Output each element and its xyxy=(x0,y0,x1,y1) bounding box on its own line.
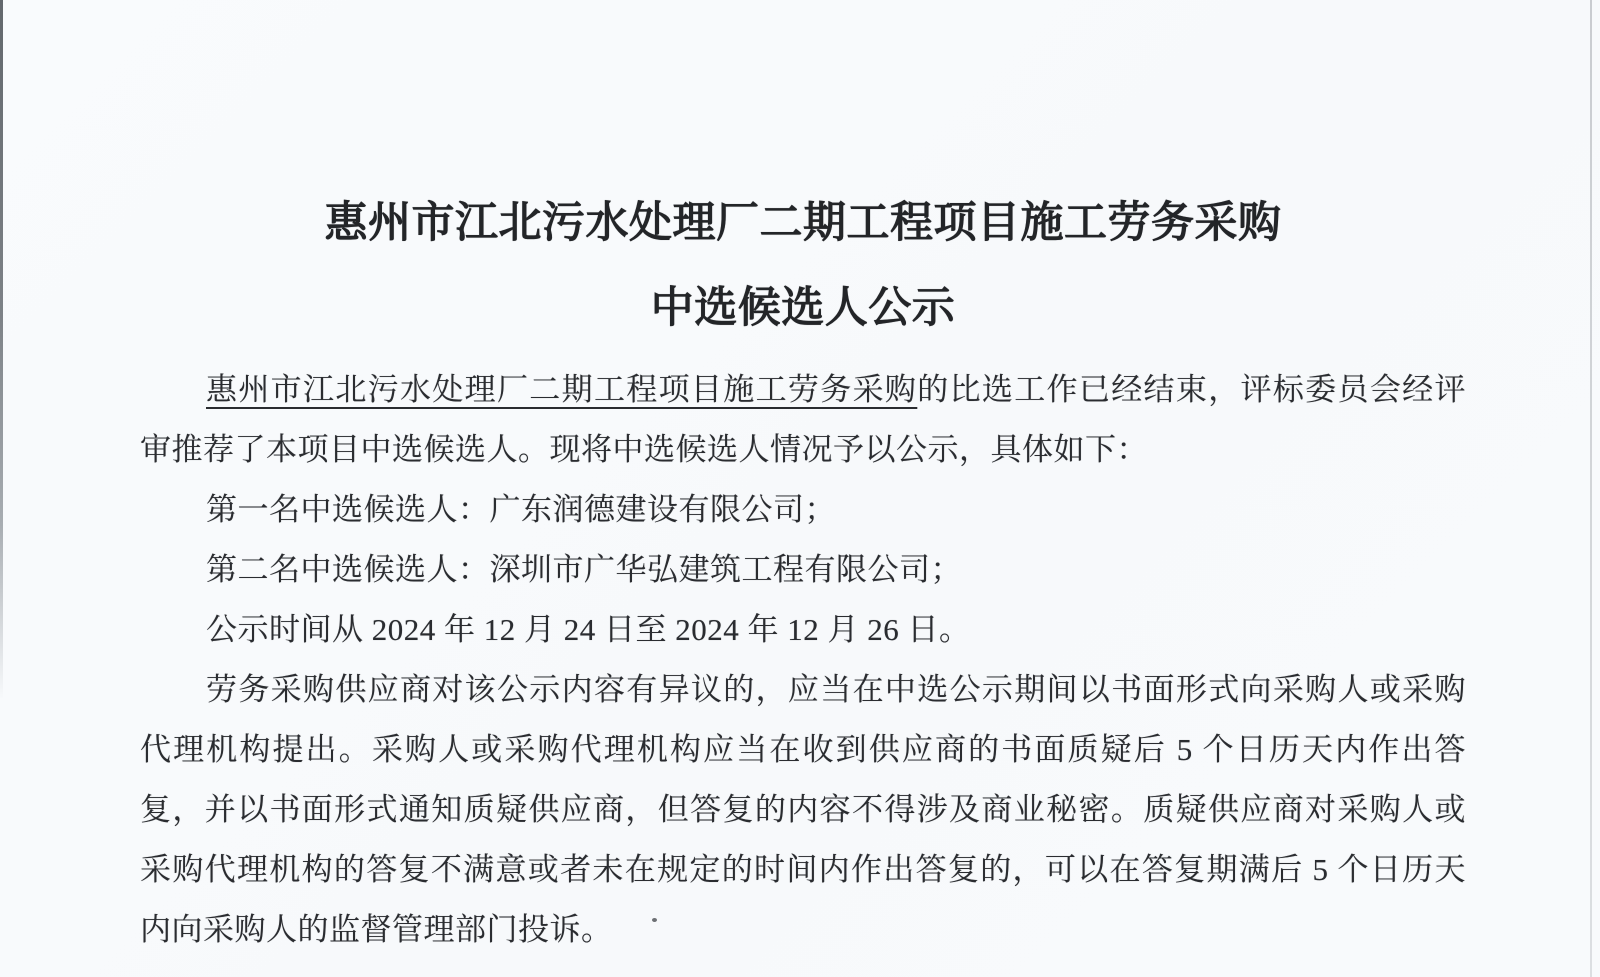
intro-line-1-rest: 的比选工作已经结束，评标委员会经评 xyxy=(917,372,1466,407)
candidate-1-label: 第一名中选候选人： xyxy=(206,492,490,527)
candidate-1-line: 第一名中选候选人：广东润德建设有限公司； xyxy=(140,488,1466,532)
scan-edge-right xyxy=(1590,0,1592,977)
objection-line-5: 内向采购人的监督管理部门投诉。 xyxy=(140,908,1466,952)
document-page: 惠州市江北污水处理厂二期工程项目施工劳务采购 中选候选人公示 惠州市江北污水处理… xyxy=(0,0,1600,977)
candidate-2-line: 第二名中选候选人：深圳市广华弘建筑工程有限公司； xyxy=(140,548,1466,592)
objection-line-4: 采购代理机构的答复不满意或者未在规定的时间内作出答复的，可以在答复期满后 5 个… xyxy=(140,848,1466,892)
document-title-line-1: 惠州市江北污水处理厂二期工程项目施工劳务采购 xyxy=(140,196,1466,252)
project-name-underlined: 惠州市江北污水处理厂二期工程项目施工劳务采购 xyxy=(206,372,917,407)
objection-line-1: 劳务采购供应商对该公示内容有异议的，应当在中选公示期间以书面形式向采购人或采购 xyxy=(140,668,1466,712)
intro-line-2: 审推荐了本项目中选候选人。现将中选候选人情况予以公示，具体如下： xyxy=(140,428,1466,472)
intro-line-1: 惠州市江北污水处理厂二期工程项目施工劳务采购的比选工作已经结束，评标委员会经评 xyxy=(140,368,1466,412)
scan-edge-left xyxy=(0,0,3,700)
candidate-2-label: 第二名中选候选人： xyxy=(206,552,490,587)
ink-speck xyxy=(652,918,657,922)
objection-line-2: 代理机构提出。采购人或采购代理机构应当在收到供应商的书面质疑后 5 个日历天内作… xyxy=(140,728,1466,772)
objection-line-3: 复，并以书面形式通知质疑供应商，但答复的内容不得涉及商业秘密。质疑供应商对采购人… xyxy=(140,788,1466,832)
publicity-period-line: 公示时间从 2024 年 12 月 24 日至 2024 年 12 月 26 日… xyxy=(140,608,1466,652)
candidate-2-company: 深圳市广华弘建筑工程有限公司； xyxy=(490,552,963,587)
candidate-1-company: 广东润德建设有限公司； xyxy=(490,492,837,527)
document-title-line-2: 中选候选人公示 xyxy=(140,281,1466,337)
